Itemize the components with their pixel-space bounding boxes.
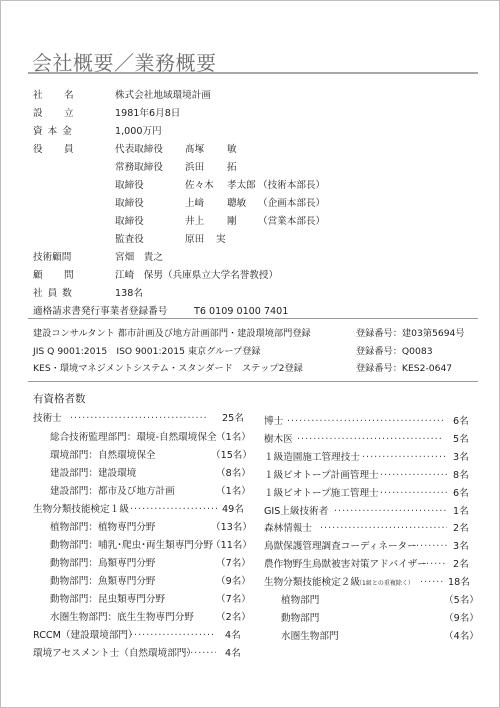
officer-note: （技術本部長） — [258, 180, 325, 192]
qualification-label: 環境部門：自然環境保全 — [50, 450, 156, 462]
officer-role: 取締役 — [115, 216, 144, 228]
officer-note: （営業本部長） — [258, 216, 325, 228]
officer-role: 取締役 — [115, 198, 144, 210]
qualification-label: 生物分類技能検定２級 — [264, 577, 360, 589]
qualification-label: 生物分類技能検定１級 — [33, 504, 129, 516]
officer-surname: 髙塚 — [185, 144, 204, 156]
qualification-count: （7名） — [216, 558, 251, 570]
officer-given-name: 拓 — [227, 162, 237, 174]
qualification-label: 動物部門：魚類専門分野 — [50, 576, 156, 588]
title-divider — [28, 72, 478, 74]
leader-dots: ······ — [422, 559, 447, 571]
qualification-label: １級ビオトープ計画管理士 — [264, 470, 379, 482]
leader-dots: ······················· — [362, 452, 447, 464]
officers-label-2: 員 — [64, 144, 74, 156]
qualification-count: （15名） — [211, 450, 252, 462]
advisor-label-2: 問 — [64, 270, 74, 282]
tech-advisor-label: 技術顧問 — [33, 252, 71, 264]
leader-dots: ································· — [320, 523, 447, 535]
qualification-label: 動物部門：鳥類専門分野 — [50, 558, 156, 570]
capital-label: 資 本 金 — [33, 126, 72, 138]
qualification-count: （8名） — [216, 468, 251, 480]
qualification-count: 6名 — [453, 416, 469, 428]
leader-dots: ······ — [420, 577, 445, 589]
qualification-label: 動物部門 — [281, 613, 319, 625]
officer-surname: 佐々木 — [185, 180, 214, 192]
qualification-label: GIS上級技術者 — [264, 506, 328, 518]
qualification-count: 1名 — [453, 506, 469, 518]
qualification-count: （4名） — [444, 631, 479, 643]
qualification-label: 農作物野生鳥獣被害対策アドバイザー — [264, 559, 427, 571]
officer-surname: 浜田 — [185, 162, 204, 174]
qualification-count: 4名 — [225, 630, 241, 642]
officer-role: 取締役 — [115, 180, 144, 192]
founded-label-1: 設 — [33, 108, 43, 120]
officer-role: 監査役 — [115, 234, 144, 246]
qualification-label: １級造園施工管理技士 — [264, 452, 360, 464]
qualification-count: 3名 — [453, 541, 469, 553]
qualification-count: 5名 — [453, 434, 469, 446]
company-name: 株式会社地域環境計画 — [115, 90, 211, 102]
officer-given-name: 実 — [216, 234, 226, 246]
qualification-label: 森林情報士 — [264, 523, 312, 535]
invoice-number: T6 0109 0100 7401 — [194, 306, 288, 318]
leader-dots: ······································· — [287, 416, 447, 428]
qualification-label: 環境アセスメント士（自然環境部門） — [33, 648, 196, 660]
company-name-label-2: 名 — [64, 90, 74, 102]
qualification-label: 総合技術監理部門：環境-自然環境保全 — [50, 432, 217, 444]
qualification-count: 6名 — [453, 488, 469, 500]
qualification-count: 18名 — [448, 577, 470, 589]
qualification-count: （1名） — [216, 486, 251, 498]
advisor-label-1: 顧 — [33, 270, 43, 282]
qualification-count: 2名 — [453, 559, 469, 571]
registration-text: KES・環境マネジメントシステム・スタンダード ステップ2登録 — [33, 363, 303, 375]
qualified-title: 有資格者数 — [33, 393, 86, 405]
qualification-label: 動物部門：哺乳･爬虫･両生類専門分野 — [50, 540, 213, 552]
leader-dots: ········· — [412, 541, 447, 553]
qualification-count: （2名） — [216, 612, 251, 624]
qualification-count: （1名） — [216, 432, 251, 444]
officer-given-name: 孝太郎 — [227, 180, 256, 192]
qualification-label: 博士 — [264, 416, 283, 428]
qualification-count: 3名 — [453, 452, 469, 464]
officer-given-name: 聰敏 — [227, 198, 246, 210]
qualification-label: 樹木医 — [264, 434, 293, 446]
officer-surname: 上﨑 — [185, 198, 204, 210]
qualification-label: 水圏生物部門：底生生物専門分野 — [50, 612, 194, 624]
qualification-count: （11名） — [211, 540, 252, 552]
leader-dots: ········· — [182, 648, 216, 660]
founded-label-2: 立 — [64, 108, 74, 120]
qualification-count: 49名 — [222, 504, 244, 516]
leader-dots: ·································· — [70, 413, 218, 425]
qualification-count: （9名） — [444, 613, 479, 625]
qualification-count: （13名） — [211, 522, 252, 534]
qualification-label: RCCM（建設環境部門） — [33, 630, 138, 642]
leader-dots: ······························· — [334, 506, 447, 518]
qualification-count: 4名 — [225, 648, 241, 660]
registration-number: 登録番号：Q0083 — [356, 346, 433, 358]
company-name-label-1: 社 — [33, 90, 43, 102]
registration-text: 建設コンサルタント 都市計画及び地方計画部門・建設環境部門登録 — [33, 328, 311, 340]
officer-note: （企画本部長） — [258, 198, 325, 210]
tech-advisor-name: 宮畑 貴之 — [115, 252, 163, 264]
officer-given-name: 剛 — [227, 216, 237, 228]
officer-surname: 井上 — [185, 216, 204, 228]
officers-label-1: 役 — [33, 144, 43, 156]
invoice-label: 適格請求書発行事業者登録番号 — [33, 306, 167, 318]
employees-label: 社 員 数 — [33, 288, 72, 300]
qualification-label: 鳥獣保護管理調査コーディネーター — [264, 541, 417, 553]
qualification-label: 建設部門：都市及び地方計画 — [50, 486, 175, 498]
leader-dots: ···································· — [297, 434, 447, 446]
founded-date: 1981年6月8日 — [115, 108, 180, 120]
qualification-label: 技術士 — [33, 413, 62, 425]
capital-value: 1,000万円 — [115, 126, 162, 138]
qualification-note: （1級との重複除く） — [356, 578, 414, 590]
qualification-count: （7名） — [216, 594, 251, 606]
qualification-count: 25名 — [222, 413, 244, 425]
qualification-count: 2名 — [453, 523, 469, 535]
leader-dots: ······················· — [130, 630, 215, 642]
registration-number: 登録番号：KES2-0647 — [356, 363, 452, 375]
qualification-label: 植物部門：植物専門分野 — [50, 522, 156, 534]
qualification-count: （5名） — [444, 595, 479, 607]
leader-dots: ························ — [130, 504, 218, 516]
qualification-label: 動物部門：昆虫類専門分野 — [50, 594, 165, 606]
qualification-count: （9名） — [216, 576, 251, 588]
leader-dots: ·················· — [380, 470, 447, 482]
section-divider — [28, 318, 478, 319]
registration-text: JIS Q 9001:2015 ISO 9001:2015 東京グループ登録 — [33, 346, 261, 358]
registration-number: 登録番号：建03第5694号 — [356, 328, 465, 340]
officer-role: 代表取締役 — [115, 144, 163, 156]
qualification-label: 植物部門 — [281, 595, 319, 607]
officer-role: 常務取締役 — [115, 162, 163, 174]
officer-surname: 原田 — [185, 234, 204, 246]
qualification-label: １級ビオトープ施工管理士 — [264, 488, 379, 500]
qualification-count: 8名 — [453, 470, 469, 482]
section-divider — [28, 381, 478, 382]
leader-dots: ·················· — [380, 488, 447, 500]
qualification-label: 建設部門：建設環境 — [50, 468, 136, 480]
advisor-name: 江崎 保男（兵庫県立大学名誉教授） — [115, 270, 278, 282]
qualification-label: 水圏生物部門 — [281, 631, 339, 643]
employees-count: 138名 — [115, 288, 143, 300]
officer-given-name: 敏 — [227, 144, 237, 156]
